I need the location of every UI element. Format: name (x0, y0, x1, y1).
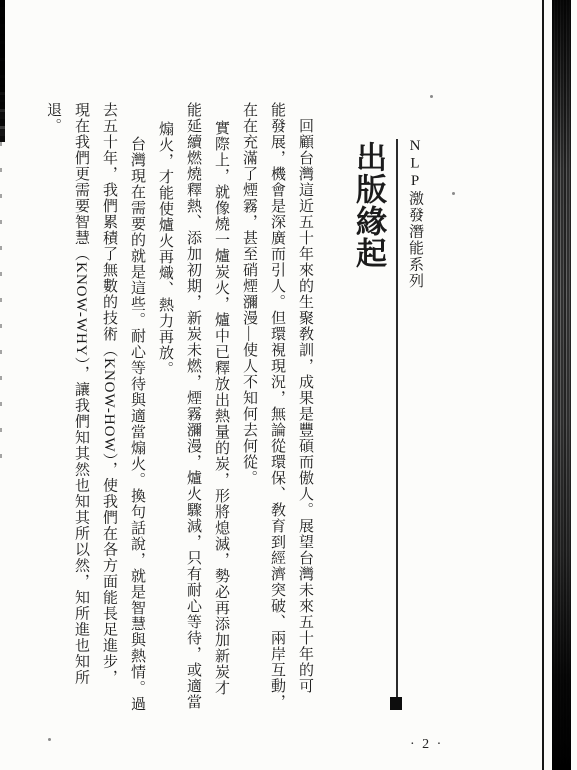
text-column-5: 能延續燃燒釋熱、添加初期，新炭未燃，煙霧瀰漫，爐火驟減，只有耐心等待，或適當 (179, 102, 207, 764)
text-column-8: 去五十年，我們累積了無數的技術（KNOW-HOW），使我們在各方面能長足進步， (95, 102, 123, 764)
title-rule-endcap (390, 697, 402, 710)
text-column-4: 實際上，就像燒一爐炭火，爐中已釋放出熱量的炭，形將熄滅，勢必再添加新炭才 (207, 102, 235, 764)
scan-artifact-right-line (542, 0, 544, 770)
text-column-2: 能發展，機會是深廣而引人。但環視現況，無論從環保、敎育到經濟突破、兩岸互動， (263, 102, 291, 764)
text-column-1: 回顧台灣這近五十年來的生聚敎訓，成果是豐碩而傲人。展望台灣未來五十年的可 (291, 102, 319, 764)
title-rule-line (396, 139, 398, 698)
page-number: · 2 · (410, 737, 443, 753)
scan-speck (452, 192, 455, 195)
text-column-6: 煽火，才能使爐火再熾、熱力再放。 (151, 102, 179, 764)
scan-artifact-left-faint (0, 142, 2, 472)
text-column-10: 退。 (39, 102, 67, 764)
book-page: NLP激發潛能系列 出版緣起 回顧台灣這近五十年來的生聚敎訓，成果是豐碩而傲人。… (0, 0, 577, 770)
text-column-3: 在在充滿了煙霧，甚至硝煙瀰漫—使人不知何去何從。 (235, 102, 263, 764)
text-column-9: 現在我們更需要智慧（KNOW-WHY），讓我們知其然也知其所以然，知所進也知所 (67, 102, 95, 764)
series-label: NLP激發潛能系列 (405, 138, 426, 290)
body-text: 回顧台灣這近五十年來的生聚敎訓，成果是豐碩而傲人。展望台灣未來五十年的可 能發展… (38, 102, 319, 764)
scan-speck (430, 95, 433, 98)
scan-artifact-right-band (552, 0, 571, 770)
page-title: 出版緣起 (346, 141, 391, 269)
text-column-7: 台灣現在需要的就是這些。耐心等待與適當煽火。換句話說，就是智慧與熱情。過 (123, 102, 151, 764)
scan-artifact-left-edge (0, 0, 5, 142)
